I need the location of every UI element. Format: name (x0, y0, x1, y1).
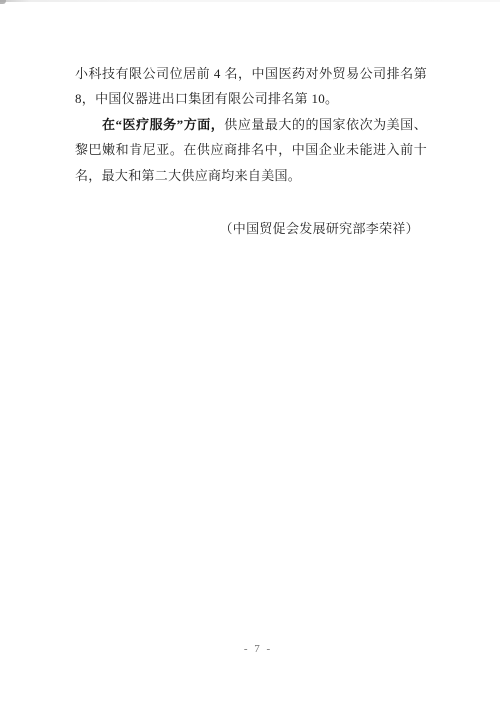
body-text-line: 黎巴嫩和肯尼亚。在供应商排名中，中国企业未能进入前十 (75, 137, 427, 162)
body-text-line: 名，最大和第二大供应商均来自美国。 (75, 163, 427, 188)
body-text-line: 小科技有限公司位居前 4 名，中国医药对外贸易公司排名第 (75, 61, 427, 86)
document-page: 小科技有限公司位居前 4 名，中国医药对外贸易公司排名第 8，中国仪器进出口集团… (0, 0, 500, 706)
body-text-line: 在“医疗服务”方面，供应量最大的的国家依次为美国、 (75, 112, 427, 137)
blank-line (75, 188, 427, 216)
byline: （中国贸促会发展研究部李荣祥） (75, 216, 427, 241)
document-body: 小科技有限公司位居前 4 名，中国医药对外贸易公司排名第 8，中国仪器进出口集团… (75, 61, 427, 241)
scan-edge-artifact (0, 0, 500, 2)
scan-corner-speck (0, 0, 6, 4)
page-number: - 7 - (8, 643, 500, 655)
body-text-segment: 供应量最大的的国家依次为美国、 (224, 117, 427, 132)
body-text-line: 8，中国仪器进出口集团有限公司排名第 10。 (75, 86, 427, 111)
bold-lead-phrase: 在“医疗服务”方面， (102, 117, 224, 132)
